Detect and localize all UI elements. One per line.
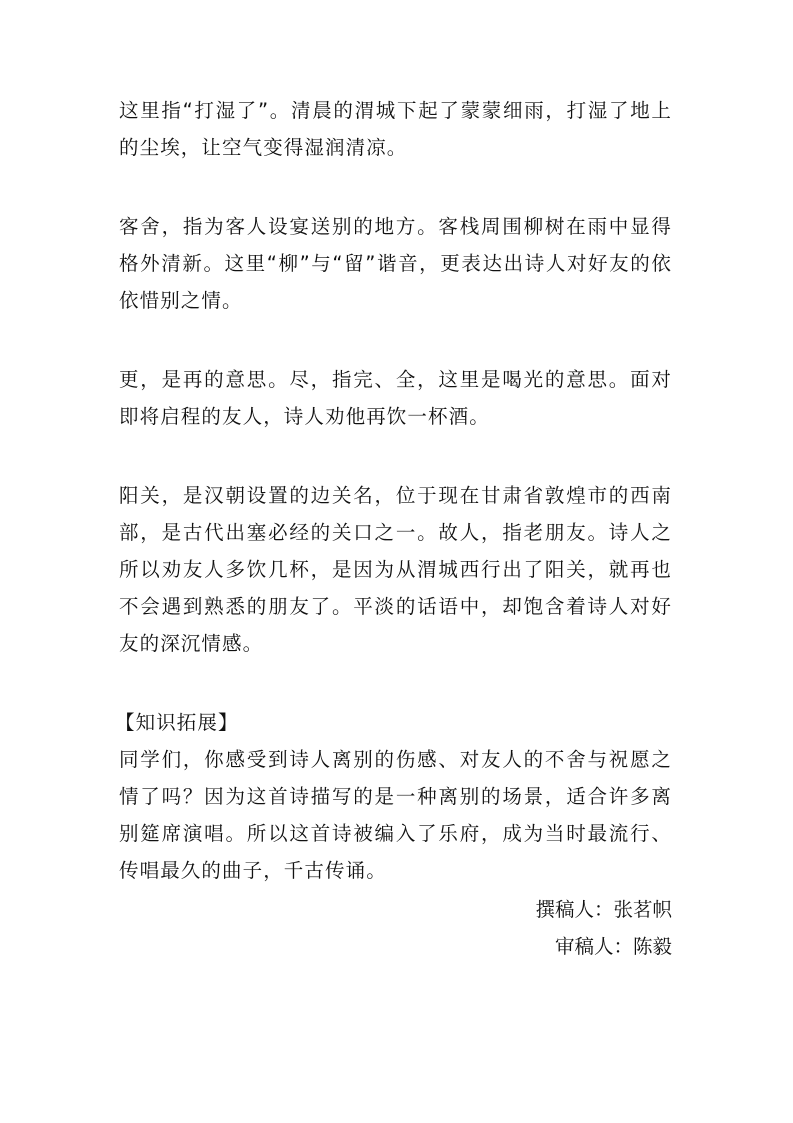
paragraph-explanation-drink: 更，是再的意思。尽，指完、全，这里是喝光的意思。面对即将启程的友人，诗人劝他再饮… — [119, 361, 672, 435]
author-credit: 撰稿人：张茗帜 — [119, 891, 672, 928]
knowledge-body: 同学们，你感受到诗人离别的伤感、对友人的不舍与祝愿之情了吗？因为这首诗描写的是一… — [119, 741, 672, 889]
knowledge-section: 【知识拓展】 同学们，你感受到诗人离别的伤感、对友人的不舍与祝愿之情了吗？因为这… — [119, 704, 672, 889]
knowledge-heading: 【知识拓展】 — [115, 704, 672, 741]
document-page: 这里指“打湿了”。清晨的渭城下起了蒙蒙细雨，打湿了地上的尘埃，让空气变得湿润清凉… — [119, 92, 672, 965]
paragraph-explanation-wet: 这里指“打湿了”。清晨的渭城下起了蒙蒙细雨，打湿了地上的尘埃，让空气变得湿润清凉… — [119, 92, 672, 166]
paragraph-explanation-inn: 客舍，指为客人设宴送别的地方。客栈周围柳树在雨中显得格外清新。这里“柳”与“留”… — [119, 208, 672, 319]
reviewer-credit: 审稿人：陈毅 — [119, 928, 672, 965]
credits: 撰稿人：张茗帜 审稿人：陈毅 — [119, 891, 672, 965]
paragraph-explanation-yangguan: 阳关，是汉朝设置的边关名，位于现在甘肃省敦煌市的西南部，是古代出塞必经的关口之一… — [119, 477, 672, 662]
